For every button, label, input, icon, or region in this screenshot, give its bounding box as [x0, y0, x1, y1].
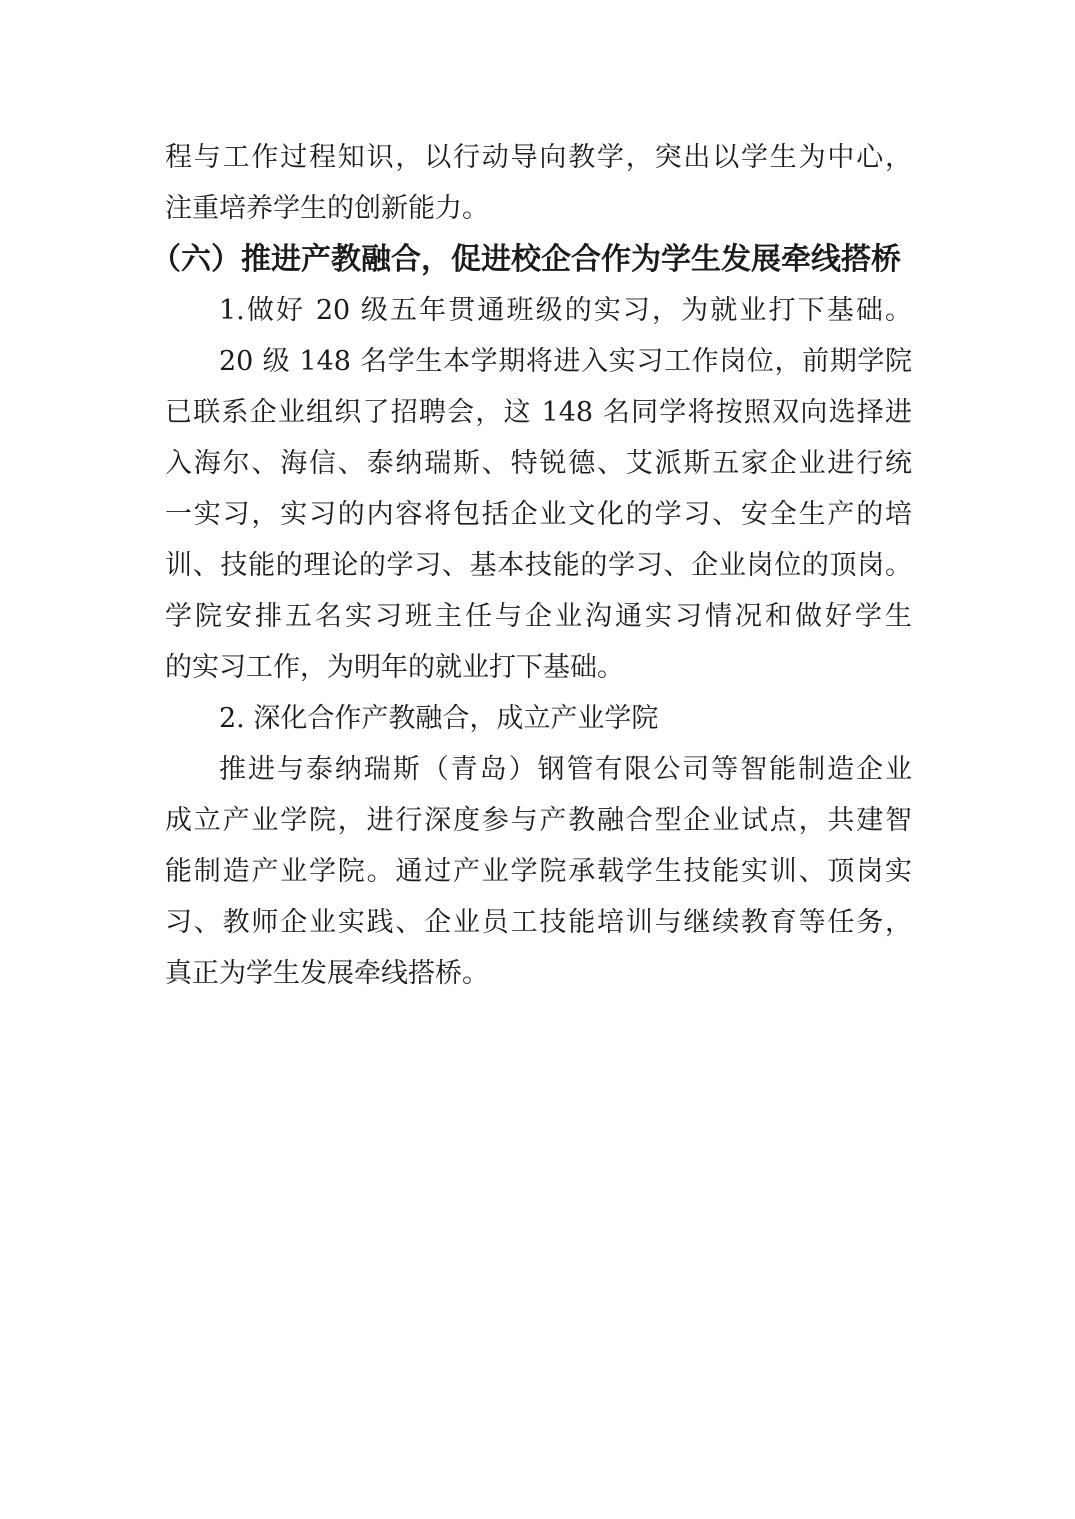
text-line: 的实习工作，为明年的就业打下基础。 [165, 642, 912, 693]
text-line: 1.做好 20 级五年贯通班级的实习，为就业打下基础。 [165, 285, 912, 336]
text-line: 已联系企业组织了招聘会，这 148 名同学将按照双向选择进 [165, 387, 912, 438]
text-line: 能制造产业学院。通过产业学院承载学生技能实训、顶岗实 [165, 846, 912, 897]
section-heading: （六）推进产教融合，促进校企合作为学生发展牵线搭桥 [151, 234, 912, 285]
text-line: 推进与泰纳瑞斯（青岛）钢管有限公司等智能制造企业 [165, 744, 912, 795]
text-line: 程与工作过程知识，以行动导向教学，突出以学生为中心， [165, 132, 912, 183]
text-line: 入海尔、海信、泰纳瑞斯、特锐德、艾派斯五家企业进行统 [165, 438, 912, 489]
text-line: 学院安排五名实习班主任与企业沟通实习情况和做好学生 [165, 591, 912, 642]
text-line: 20 级 148 名学生本学期将进入实习工作岗位，前期学院 [165, 336, 912, 387]
text-line: 注重培养学生的创新能力。 [165, 183, 912, 234]
document-content: 程与工作过程知识，以行动导向教学，突出以学生为中心， 注重培养学生的创新能力。 … [165, 132, 912, 999]
text-line: 成立产业学院，进行深度参与产教融合型企业试点，共建智 [165, 795, 912, 846]
document-page: 程与工作过程知识，以行动导向教学，突出以学生为中心， 注重培养学生的创新能力。 … [0, 0, 1075, 1519]
text-line: 真正为学生发展牵线搭桥。 [165, 948, 912, 999]
text-line: 习、教师企业实践、企业员工技能培训与继续教育等任务， [165, 897, 912, 948]
text-line: 2. 深化合作产教融合，成立产业学院 [165, 693, 912, 744]
text-line: 一实习，实习的内容将包括企业文化的学习、安全生产的培 [165, 489, 912, 540]
text-line: 训、技能的理论的学习、基本技能的学习、企业岗位的顶岗。 [165, 540, 912, 591]
